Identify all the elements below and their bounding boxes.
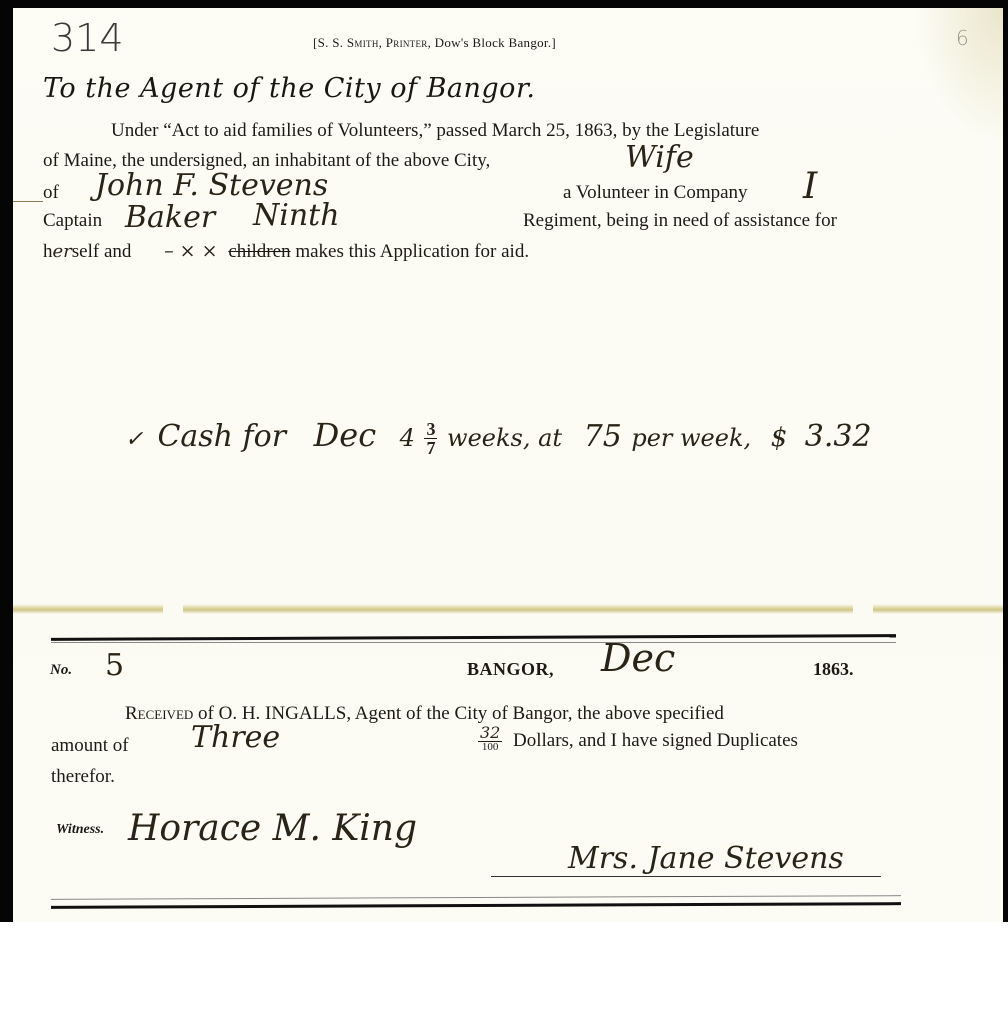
pencil-page-number: 6	[956, 26, 969, 50]
line-5-suffix: makes this Application for aid.	[295, 241, 529, 262]
application-line-1: Under “Act to aid families of Volunteers…	[111, 120, 759, 142]
receipt-line-3: therefor.	[51, 766, 115, 788]
form-heading: To the Agent of the City of Bangor.	[43, 73, 535, 104]
handwritten-weekly-rate: 75	[584, 419, 622, 454]
struck-children-word: children	[228, 241, 290, 262]
weeks-at-label: weeks, at	[447, 424, 562, 452]
printer-credit: [S. S. Smith, Printer, Dow's Block Bango…	[313, 35, 556, 51]
application-line-3-prefix: of	[43, 182, 59, 204]
receipt-bottom-rule-thin	[51, 895, 901, 900]
margin-mark	[13, 201, 43, 202]
recipient-signature-line	[491, 876, 881, 877]
handwritten-receipt-number: 5	[105, 648, 124, 683]
application-line-4-prefix: Captain	[43, 210, 102, 232]
receipt-number-label: No.	[50, 662, 72, 679]
handwritten-children-marks: – × ×	[164, 240, 217, 262]
pencil-catalog-number: 314	[51, 16, 124, 60]
receipt-year: 1863.	[813, 659, 854, 680]
handwritten-receipt-month: Dec	[601, 636, 675, 680]
receipt-line-2-suffix: Dollars, and I have signed Duplicates	[513, 730, 798, 752]
received-label: Received	[125, 703, 193, 724]
handwritten-company: I	[803, 166, 817, 207]
weeks-fraction-denominator: 7	[424, 439, 437, 457]
receipt-top-rule-thin	[51, 642, 896, 643]
printer-credit-sep: ,	[379, 35, 386, 50]
fold-gap	[163, 604, 183, 614]
weeks-fraction-numerator: 3	[424, 420, 437, 439]
cash-line: ✓Cash for Dec 4 3 7 weeks, at 75 per wee…	[125, 416, 872, 457]
weeks-fraction: 3 7	[424, 420, 437, 457]
witness-signature: Horace M. King	[128, 808, 417, 849]
receipt-bottom-rule	[51, 902, 901, 909]
handwritten-cents-numerator: 32	[478, 725, 502, 742]
receipt-line-2-prefix: amount of	[51, 735, 129, 757]
line-5-self-and: self and	[72, 241, 132, 262]
document-page: 314 6 [S. S. Smith, Printer, Dow's Block…	[13, 8, 1003, 922]
per-week-label: per week,	[631, 424, 751, 452]
fold-gap	[853, 604, 873, 614]
printer-credit-printer: Printer	[386, 35, 428, 50]
printer-credit-rest: , Dow's Block Bangor.]	[428, 35, 556, 50]
receipt-top-rule	[51, 634, 896, 641]
cash-for-label: Cash for	[157, 419, 286, 454]
cents-denominator: 100	[478, 742, 502, 753]
recipient-signature: Mrs. Jane Stevens	[568, 841, 844, 876]
handwritten-relation: Wife	[625, 140, 694, 175]
handwritten-regiment: Ninth	[253, 198, 340, 233]
application-line-3-suffix: a Volunteer in Company	[563, 182, 748, 204]
handwritten-cash-month: Dec	[314, 416, 377, 454]
handwritten-amount-words: Three	[191, 720, 280, 755]
application-line-4-suffix: Regiment, being in need of assistance fo…	[523, 210, 837, 232]
witness-label: Witness.	[56, 822, 104, 838]
application-line-5: herself and – × × children makes this Ap…	[43, 240, 529, 263]
handwritten-herself-correction: er	[53, 241, 72, 262]
printer-credit-smith: Smith	[347, 35, 379, 50]
line-5-h: h	[43, 241, 53, 262]
dollar-sign: $	[771, 423, 788, 453]
cents-fraction: 32 100	[478, 725, 502, 753]
receipt-city: BANGOR,	[467, 659, 554, 680]
handwritten-cash-amount: 3.32	[805, 419, 872, 454]
printer-credit-open: [S. S.	[313, 35, 347, 50]
weeks-whole: 4	[400, 424, 415, 452]
handwritten-captain: Baker	[125, 200, 215, 235]
check-mark-icon: ✓	[125, 427, 143, 452]
